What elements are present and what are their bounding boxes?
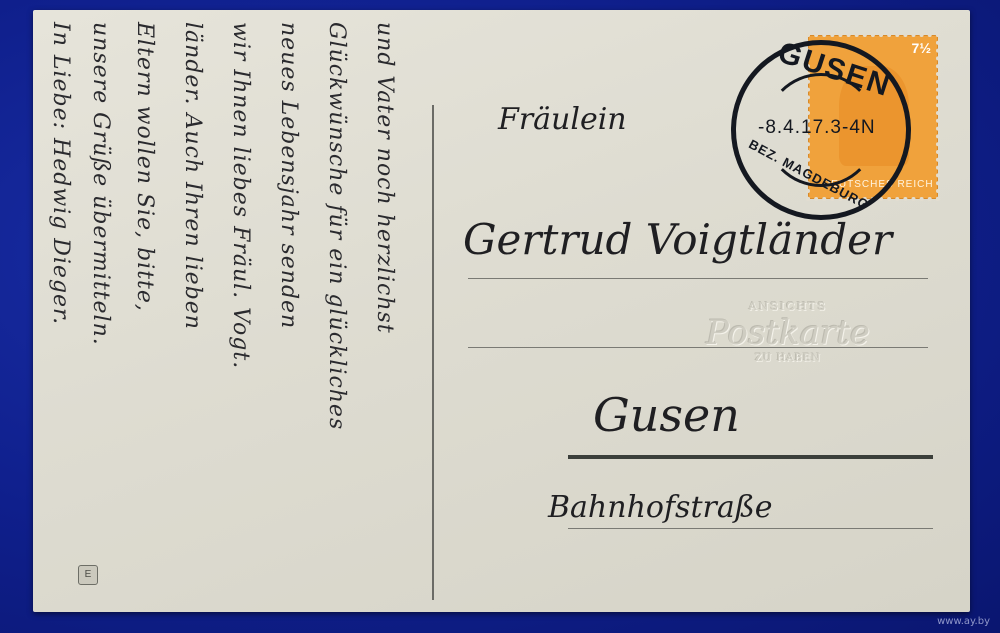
message-line: In Liebe: Hedwig Dieger.: [49, 22, 71, 325]
address-city: Gusen: [593, 388, 740, 442]
message-line: und Vater noch herzlichst: [373, 22, 395, 334]
postmark-date: -8.4.17.3-4N: [758, 117, 876, 139]
address-line-street: [568, 528, 933, 529]
address-line-2: [468, 347, 928, 348]
address-salutation: Fräulein: [498, 102, 627, 137]
address-line-1: [468, 278, 928, 279]
address-line-city: [568, 455, 933, 459]
stamp-value: 7½: [912, 40, 931, 56]
message-line: wir Ihnen liebes Fräul. Vogt.: [229, 22, 251, 369]
message-line: Glückwünsche für ein glückliches: [325, 22, 347, 430]
site-watermark: www.ay.by: [937, 616, 990, 627]
card-divider: [432, 105, 434, 600]
message-line: unsere Grüße übermitteln.: [89, 22, 111, 346]
address-name: Gertrud Voigtländer: [463, 215, 892, 264]
publisher-logo-icon: E: [78, 565, 98, 585]
address-street: Bahnhofstraße: [548, 490, 773, 525]
postcard: In Liebe: Hedwig Dieger. unsere Grüße üb…: [33, 10, 970, 612]
postmark-cancellation: GUSEN -8.4.17.3-4N BEZ. MAGDEBURG: [731, 40, 911, 220]
message-line: Eltern wollen Sie, bitte,: [133, 22, 155, 312]
message-line: neues Lebensjahr senden: [277, 22, 299, 329]
message-area: In Liebe: Hedwig Dieger. unsere Grüße üb…: [41, 22, 431, 607]
message-line: länder. Auch Ihren lieben: [181, 22, 203, 330]
